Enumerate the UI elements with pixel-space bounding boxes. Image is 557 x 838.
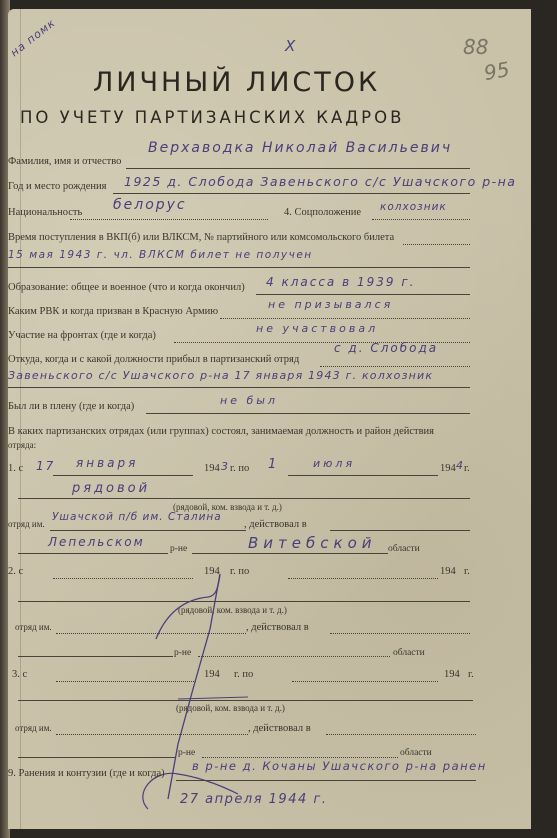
- unit3-g: г.: [468, 669, 474, 680]
- unit2-to-year: 194: [440, 566, 456, 577]
- unit3-acted-line: [326, 734, 476, 735]
- birth-label: Год и место рождения: [8, 181, 106, 192]
- social-status-label: 4. Соцположение: [284, 207, 361, 218]
- unit1-to-year: 194: [440, 463, 456, 474]
- unit1-from-year: 194: [204, 463, 220, 474]
- unit3-to-line: [292, 681, 438, 682]
- unit3-region-label: области: [400, 748, 432, 758]
- unit1-district-label: р-не: [170, 544, 187, 554]
- unit2-g: г.: [464, 566, 470, 577]
- unit1-district-value: Лепельском: [48, 535, 145, 549]
- party-line-2: [8, 267, 470, 268]
- full-name-value: Верхаводка Николай Васильевич: [148, 140, 452, 156]
- wounds-line: [176, 780, 476, 781]
- captivity-line: [146, 413, 470, 414]
- corner-mark-x: X: [285, 37, 297, 55]
- unit2-to-line: [288, 578, 438, 579]
- unit1-position-line: [18, 498, 470, 499]
- education-label: Образование: общее и военное (что и когд…: [8, 282, 245, 293]
- unit1-otryad-value: Ушачской п/б им. Сталина: [52, 511, 222, 523]
- rvk-line: [220, 318, 470, 319]
- units-intro-label-cont: отряда:: [8, 440, 36, 450]
- social-status-value: колхозник: [380, 201, 447, 213]
- unit2-otryad-label: отряд им.: [15, 622, 52, 632]
- document-title: ЛИЧНЫЙ ЛИСТОК: [93, 67, 380, 98]
- personal-sheet-page: на помк X 88 95 ЛИЧНЫЙ ЛИСТОК ПО УЧЕТУ П…: [8, 9, 531, 829]
- arrival-value-2: Завеньского с/с Ушачского р-на 17 января…: [8, 369, 433, 382]
- unit2-acted-line: [330, 633, 470, 634]
- fronts-label: Участие на фронтах (где и когда): [8, 330, 156, 341]
- unit1-to-day: 1: [268, 457, 278, 472]
- unit1-from-day: 17: [36, 459, 55, 473]
- cancel-strike-icon: [138, 569, 258, 819]
- unit1-g: г.: [464, 463, 470, 474]
- fronts-value: не участвовал: [256, 322, 378, 335]
- rvk-label: Каким РВК и когда призван в Красную Арми…: [8, 306, 218, 317]
- unit1-number: 1. с: [8, 463, 23, 474]
- birth-line: [113, 193, 470, 194]
- arrival-label: Откуда, когда и с какой должности прибыл…: [8, 354, 299, 365]
- captivity-label: Был ли в плену (где и когда): [8, 401, 134, 412]
- education-value: 4 класса в 1939 г.: [266, 275, 415, 289]
- full-name-label: Фамилия, имя и отчество: [8, 156, 121, 167]
- unit2-number: 2. с: [8, 566, 23, 577]
- unit1-region-label: области: [388, 544, 420, 554]
- full-name-line: [126, 168, 470, 169]
- party-label: Время поступления в ВКП(б) или ВЛКСМ, № …: [8, 232, 394, 243]
- unit1-from-year-digit: 3: [221, 460, 230, 473]
- document-subtitle: ПО УЧЕТУ ПАРТИЗАНСКИХ КАДРОВ: [20, 108, 404, 127]
- arrival-value-1: с д. Слобода: [334, 341, 438, 355]
- unit1-otryad-line: [50, 530, 246, 531]
- education-line: [256, 294, 470, 295]
- nationality-label: Национальность: [8, 207, 82, 218]
- unit1-acted-label: , действовал в: [244, 519, 307, 530]
- unit1-acted-line: [330, 530, 470, 531]
- page-fold-line: [20, 9, 21, 829]
- wounds-label: 9. Ранения и контузии (где и когда): [8, 768, 165, 779]
- nationality-line: [70, 219, 268, 220]
- archive-number-2: 95: [482, 57, 511, 85]
- unit1-from-month: января: [76, 456, 138, 470]
- rvk-value: не призывался: [268, 298, 393, 311]
- social-status-line: [372, 219, 470, 220]
- party-line: [403, 244, 470, 245]
- corner-note-left: на помк: [8, 16, 58, 59]
- units-intro-label: В каких партизанских отрядах (или группа…: [8, 426, 434, 437]
- unit3-to-year: 194: [444, 669, 460, 680]
- unit1-position-value: рядовой: [72, 481, 150, 496]
- unit1-region-line: [192, 553, 388, 554]
- party-value: 15 мая 1943 г. чл. ВЛКСМ билет не получе…: [8, 249, 313, 261]
- wounds-value-1: в р-не д. Кочаны Ушачского р-на ранен: [192, 759, 487, 773]
- unit3-number: 3. с: [12, 669, 27, 680]
- unit1-otryad-label: отряд им.: [8, 519, 45, 529]
- wounds-value-2: 27 апреля 1944 г.: [180, 792, 327, 807]
- arrival-line-1: [320, 366, 470, 367]
- captivity-value: не был: [220, 394, 278, 407]
- unit1-to-month: июля: [313, 457, 355, 470]
- nationality-value: белорус: [113, 197, 187, 213]
- archive-number-1: 88: [463, 35, 488, 59]
- unit1-to-line: [288, 475, 438, 476]
- unit2-region-label: области: [393, 648, 425, 658]
- unit1-region-value: Витебской: [248, 534, 377, 552]
- unit1-district-line: [18, 553, 168, 554]
- unit1-from-line: [53, 475, 193, 476]
- unit3-otryad-label: отряд им.: [15, 723, 52, 733]
- arrival-line-2: [8, 387, 470, 388]
- birth-value: 1925 д. Слобода Завеньского с/с Ушачског…: [124, 174, 516, 189]
- unit1-g-po: г. по: [230, 463, 249, 474]
